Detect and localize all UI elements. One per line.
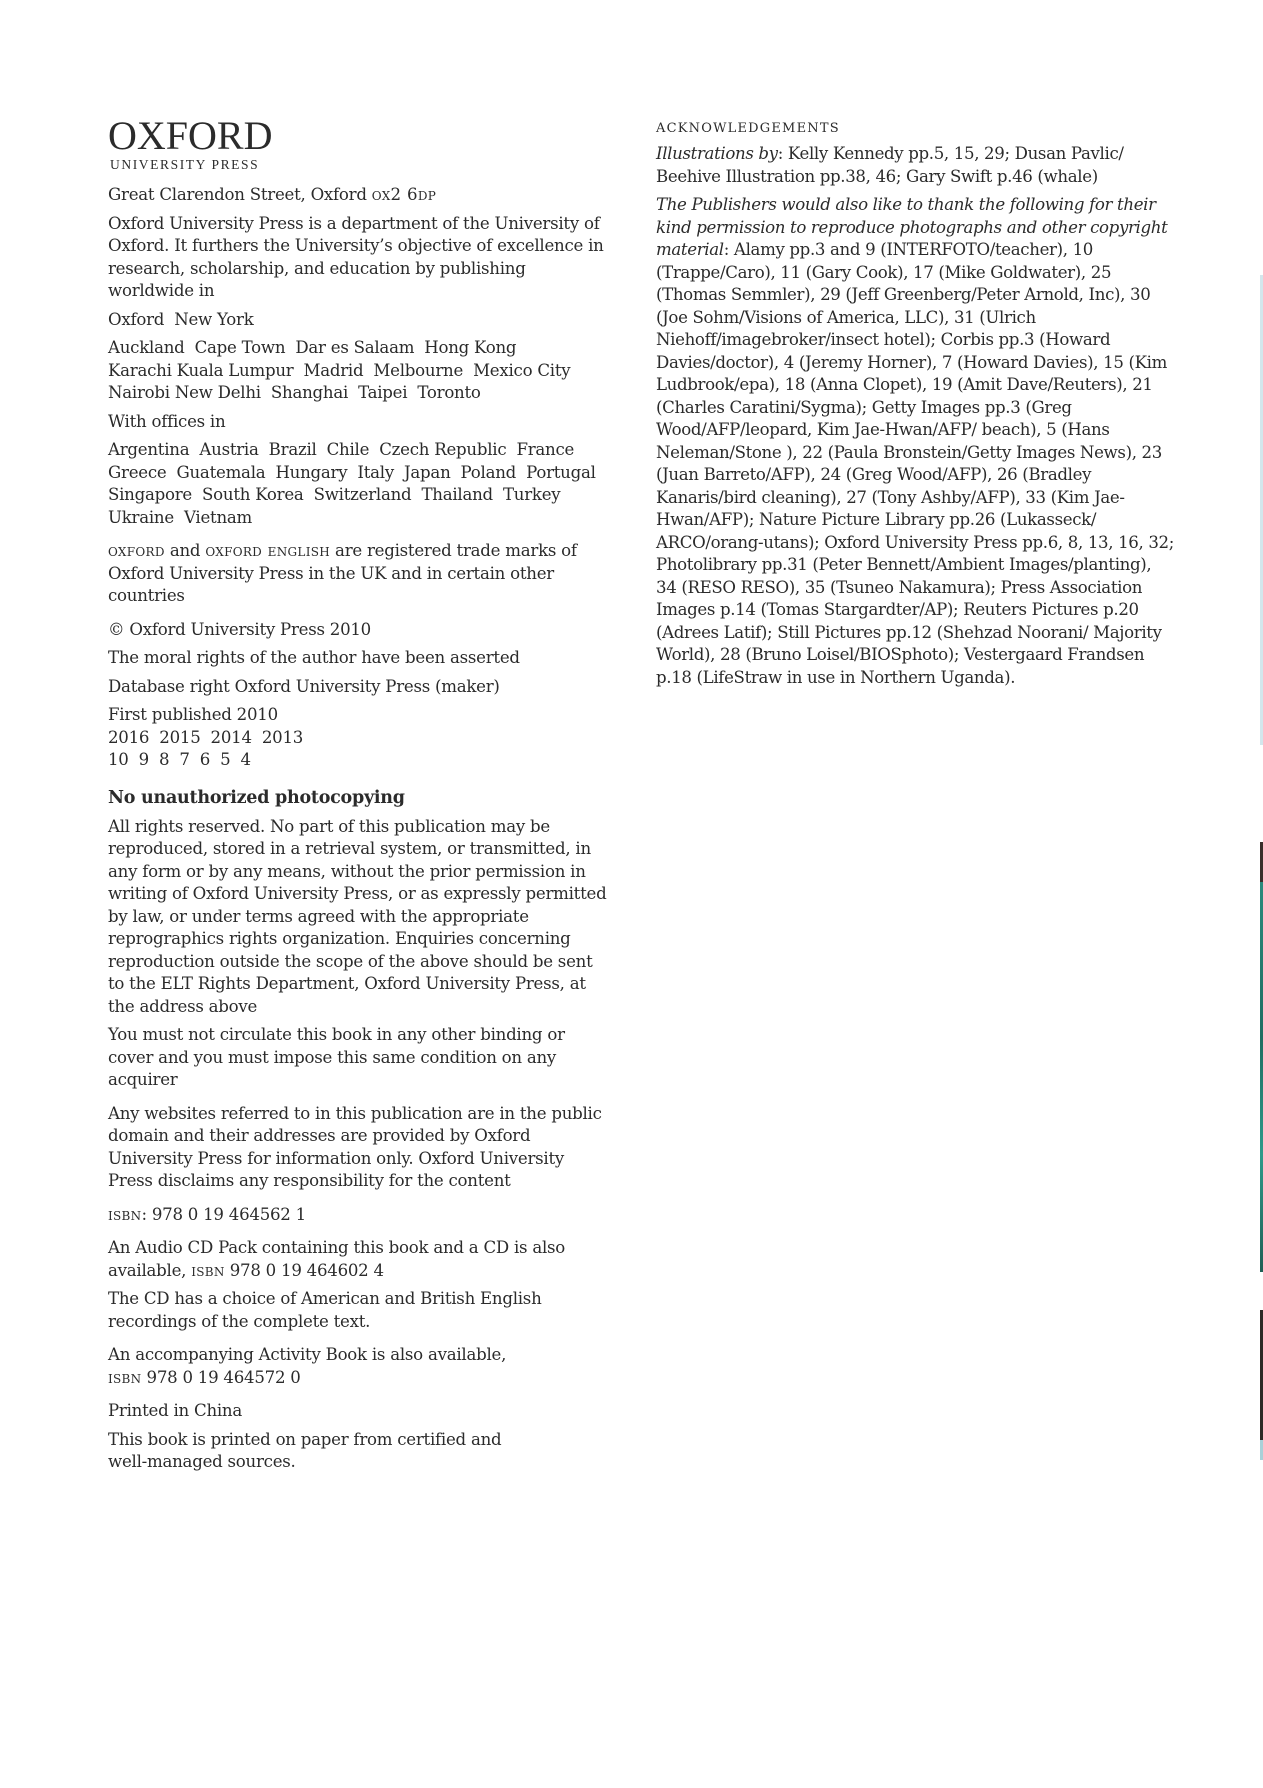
audio-cd-isbn-label: isbn [191,1261,224,1280]
isbn-label: isbn [108,1205,141,1224]
activity-book-notice: An accompanying Activity Book is also av… [108,1344,608,1389]
credits-list: : Alamy pp.3 and 9 (INTERFOTO/teacher), … [656,240,1174,687]
audio-cd-isbn-value: 978 0 19 464602 4 [225,1261,384,1280]
no-photocopying-heading: No unauthorized photocopying [108,786,608,810]
moral-rights: The moral rights of the author have been… [108,647,608,670]
rights-reserved: All rights reserved. No part of this pub… [108,816,608,1019]
print-line: 10 9 8 7 6 5 4 [108,749,608,772]
offices-label: With offices in [108,411,608,434]
activity-isbn-value: 978 0 19 464572 0 [141,1368,300,1387]
address-street: Great Clarendon Street, Oxford [108,185,372,204]
acknowledgements-column: ACKNOWLEDGEMENTS Illustrations by: Kelly… [656,120,1176,689]
websites-disclaimer: Any websites referred to in this publica… [108,1103,608,1193]
cd-choice: The CD has a choice of American and Brit… [108,1288,608,1333]
isbn-line: isbn: 978 0 19 464562 1 [108,1204,608,1227]
main-cities: Oxford New York [108,309,608,332]
printed-in: Printed in China [108,1400,608,1423]
database-right: Database right Oxford University Press (… [108,676,608,699]
trademark-and: and [165,541,206,560]
activity-book-text: An accompanying Activity Book is also av… [108,1345,506,1364]
offices-list: Argentina Austria Brazil Chile Czech Rep… [108,439,603,529]
city-list: Auckland Cape Town Dar es Salaam Hong Ko… [108,337,588,405]
publisher-address: Great Clarendon Street, Oxford ox2 6dp [108,184,608,207]
oxford-logo: OXFORD [108,118,608,154]
photo-credits: The Publishers would also like to thank … [656,194,1176,689]
illustrations-credit: Illustrations by: Kelly Kennedy pp.5, 15… [656,143,1176,188]
imprint-column: OXFORD UNIVERSITY PRESS Great Clarendon … [108,118,608,1474]
reprint-years: 2016 2015 2014 2013 [108,727,608,750]
first-published: First published 2010 [108,704,608,727]
trademark-notice: oxford and oxford english are registered… [108,540,608,608]
activity-isbn-label: isbn [108,1368,141,1387]
paper-source: This book is printed on paper from certi… [108,1429,528,1474]
trademark-oxford: oxford [108,541,165,560]
isbn-value: : 978 0 19 464562 1 [141,1205,305,1224]
illustrations-label: Illustrations by [656,144,778,163]
audio-cd-notice: An Audio CD Pack containing this book an… [108,1237,608,1282]
copyright-line: © Oxford University Press 2010 [108,619,608,642]
circulation-notice: You must not circulate this book in any … [108,1024,608,1092]
publisher-intro: Oxford University Press is a department … [108,213,608,303]
address-postcode: ox2 6dp [372,185,436,204]
oxford-logo-subtitle: UNIVERSITY PRESS [110,156,608,174]
trademark-oxford-english: oxford english [205,541,330,560]
acknowledgements-heading: ACKNOWLEDGEMENTS [656,120,1176,138]
